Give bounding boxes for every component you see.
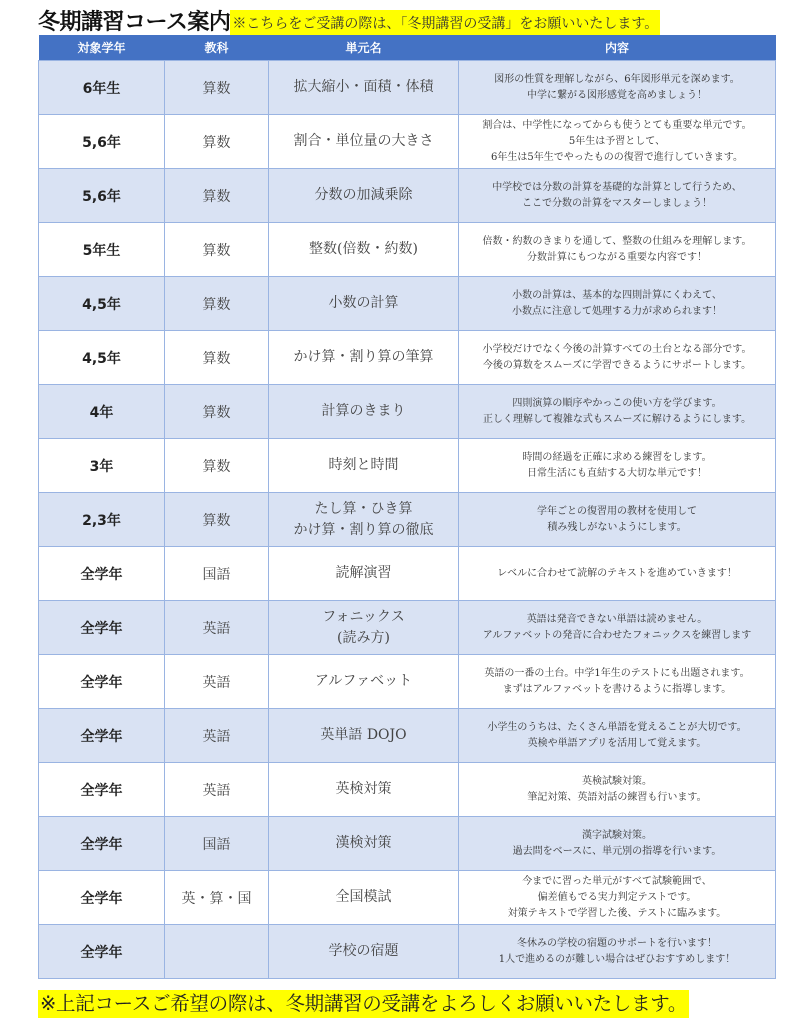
- cell-unit: 割合・単位量の大きさ: [269, 115, 459, 169]
- cell-unit: 時刻と時間: [269, 439, 459, 493]
- cell-subject: 算数: [165, 331, 269, 385]
- cell-subject: 国語: [165, 817, 269, 871]
- table-row: 4年算数計算のきまり四則演算の順序やかっこの使い方を学びます。正しく理解して複雑…: [39, 385, 776, 439]
- content-line: 日常生活にも直結する大切な単元です！: [461, 466, 773, 482]
- cell-content: 小数の計算は、基本的な四則計算にくわえて、小数点に注意して処理する力が求められま…: [459, 277, 776, 331]
- cell-subject: 算数: [165, 223, 269, 277]
- unit-line: 漢検対策: [271, 833, 456, 854]
- unit-line: フォニックス: [271, 607, 456, 628]
- cell-grade: 2,3年: [39, 493, 165, 547]
- content-line: 学年ごとの復習用の教材を使用して: [461, 504, 773, 520]
- table-row: 5,6年算数割合・単位量の大きさ割合は、中学性になってからも使うとても重要な単元…: [39, 115, 776, 169]
- table-row: 全学年英語フォニックス(読み方)英語は発音できない単語は読めません。アルファベッ…: [39, 601, 776, 655]
- unit-line: 整数(倍数・約数): [271, 239, 456, 260]
- cell-grade: 全学年: [39, 817, 165, 871]
- cell-content: 中学校では分数の計算を基礎的な計算として行うため、ここで分数の計算をマスターしま…: [459, 169, 776, 223]
- content-line: 小数の計算は、基本的な四則計算にくわえて、: [461, 288, 773, 304]
- unit-line: (読み方): [271, 628, 456, 649]
- cell-unit: 読解演習: [269, 547, 459, 601]
- cell-subject: 算数: [165, 61, 269, 115]
- content-line: 小学校だけでなく今後の計算すべての土台となる部分です。: [461, 342, 773, 358]
- unit-line: 学校の宿題: [271, 941, 456, 962]
- content-line: ここで分数の計算をマスターしましょう！: [461, 196, 773, 212]
- cell-content: 英検試験対策。筆記対策、英語対話の練習も行います。: [459, 763, 776, 817]
- cell-subject: 国語: [165, 547, 269, 601]
- cell-unit: フォニックス(読み方): [269, 601, 459, 655]
- cell-unit: 拡大縮小・面積・体積: [269, 61, 459, 115]
- cell-subject: 算数: [165, 385, 269, 439]
- cell-grade: 全学年: [39, 709, 165, 763]
- cell-content: 漢字試験対策。過去問をベースに、単元別の指導を行います。: [459, 817, 776, 871]
- cell-grade: 全学年: [39, 655, 165, 709]
- content-line: 小学生のうちは、たくさん単語を覚えることが大切です。: [461, 720, 773, 736]
- content-line: まずはアルファベットを書けるように指導します。: [461, 682, 773, 698]
- cell-unit: 英検対策: [269, 763, 459, 817]
- cell-unit: かけ算・割り算の筆算: [269, 331, 459, 385]
- cell-content: 倍数・約数のきまりを通して、整数の仕組みを理解します。分数計算にもつながる重要な…: [459, 223, 776, 277]
- content-line: 倍数・約数のきまりを通して、整数の仕組みを理解します。: [461, 234, 773, 250]
- cell-subject: 算数: [165, 115, 269, 169]
- table-row: 全学年英語英単語 DOJO小学生のうちは、たくさん単語を覚えることが大切です。英…: [39, 709, 776, 763]
- page-title: 冬期講習コース案内: [38, 8, 230, 36]
- table-row: 全学年英・算・国全国模試今までに習った単元がすべて試験範囲で、偏差値もでる実力判…: [39, 871, 776, 925]
- cell-content: 四則演算の順序やかっこの使い方を学びます。正しく理解して複雑な式もスムーズに解け…: [459, 385, 776, 439]
- content-line: 中学に繋がる図形感覚を高めましょう！: [461, 88, 773, 104]
- content-line: 英検試験対策。: [461, 774, 773, 790]
- cell-subject: [165, 925, 269, 979]
- content-line: 分数計算にもつながる重要な内容です！: [461, 250, 773, 266]
- content-line: 四則演算の順序やかっこの使い方を学びます。: [461, 396, 773, 412]
- cell-subject: 英語: [165, 601, 269, 655]
- content-line: 6年生は5年生でやったものの復習で進行していきます。: [461, 150, 773, 166]
- table-row: 全学年国語読解演習レベルに合わせて読解のテキストを進めていきます！: [39, 547, 776, 601]
- cell-subject: 算数: [165, 493, 269, 547]
- cell-content: 学年ごとの復習用の教材を使用して積み残しがないようにします。: [459, 493, 776, 547]
- cell-subject: 算数: [165, 439, 269, 493]
- unit-line: たし算・ひき算: [271, 499, 456, 520]
- title-note: ※こちらをご受講の際は、「冬期講習の受講」をお願いいたします。: [230, 10, 660, 36]
- content-line: 冬休みの学校の宿題のサポートを行います！: [461, 936, 773, 952]
- content-line: 今までに習った単元がすべて試験範囲で、: [461, 874, 773, 890]
- table-row: 6年生算数拡大縮小・面積・体積図形の性質を理解しながら、6年図形単元を深めます。…: [39, 61, 776, 115]
- table-row: 全学年英語英検対策英検試験対策。筆記対策、英語対話の練習も行います。: [39, 763, 776, 817]
- table-row: 全学年学校の宿題冬休みの学校の宿題のサポートを行います！1人で進めるのが難しい場…: [39, 925, 776, 979]
- cell-subject: 英語: [165, 763, 269, 817]
- cell-grade: 全学年: [39, 601, 165, 655]
- column-header-unit: 単元名: [269, 35, 459, 61]
- cell-content: 英語の一番の土台。中学1年生のテストにも出題されます。まずはアルファベットを書け…: [459, 655, 776, 709]
- content-line: 英検や単語アプリを活用して覚えます。: [461, 736, 773, 752]
- content-line: 対策テキストで学習した後、テストに臨みます。: [461, 906, 773, 922]
- cell-unit: 全国模試: [269, 871, 459, 925]
- cell-subject: 算数: [165, 169, 269, 223]
- content-line: 小数点に注意して処理する力が求められます！: [461, 304, 773, 320]
- cell-content: 小学校だけでなく今後の計算すべての土台となる部分です。今後の算数をスムーズに学習…: [459, 331, 776, 385]
- cell-unit: 学校の宿題: [269, 925, 459, 979]
- cell-content: 小学生のうちは、たくさん単語を覚えることが大切です。英検や単語アプリを活用して覚…: [459, 709, 776, 763]
- cell-unit: 整数(倍数・約数): [269, 223, 459, 277]
- cell-grade: 4年: [39, 385, 165, 439]
- unit-line: 英単語 DOJO: [271, 725, 456, 746]
- content-line: 正しく理解して複雑な式もスムーズに解けるようにします。: [461, 412, 773, 428]
- cell-unit: 計算のきまり: [269, 385, 459, 439]
- course-table: 対象学年 教科 単元名 内容 6年生算数拡大縮小・面積・体積図形の性質を理解しな…: [38, 35, 776, 979]
- footer-note: ※上記コースご希望の際は、冬期講習の受講をよろしくお願いいたします。: [38, 990, 689, 1018]
- cell-subject: 英語: [165, 655, 269, 709]
- unit-line: 読解演習: [271, 563, 456, 584]
- content-line: 漢字試験対策。: [461, 828, 773, 844]
- cell-subject: 英・算・国: [165, 871, 269, 925]
- unit-line: 小数の計算: [271, 293, 456, 314]
- table-row: 4,5年算数小数の計算小数の計算は、基本的な四則計算にくわえて、小数点に注意して…: [39, 277, 776, 331]
- cell-unit: アルファベット: [269, 655, 459, 709]
- cell-grade: 全学年: [39, 547, 165, 601]
- content-line: 過去問をベースに、単元別の指導を行います。: [461, 844, 773, 860]
- cell-grade: 6年生: [39, 61, 165, 115]
- cell-unit: 分数の加減乗除: [269, 169, 459, 223]
- cell-grade: 全学年: [39, 871, 165, 925]
- content-line: レベルに合わせて読解のテキストを進めていきます！: [461, 566, 773, 582]
- column-header-content: 内容: [459, 35, 776, 61]
- table-row: 全学年英語アルファベット英語の一番の土台。中学1年生のテストにも出題されます。ま…: [39, 655, 776, 709]
- table-row: 5年生算数整数(倍数・約数)倍数・約数のきまりを通して、整数の仕組みを理解します…: [39, 223, 776, 277]
- unit-line: 計算のきまり: [271, 401, 456, 422]
- table-row: 3年算数時刻と時間時間の経過を正確に求める練習をします。日常生活にも直結する大切…: [39, 439, 776, 493]
- table-row: 2,3年算数たし算・ひき算かけ算・割り算の徹底学年ごとの復習用の教材を使用して積…: [39, 493, 776, 547]
- content-line: 1人で進めるのが難しい場合はぜひおすすめします！: [461, 952, 773, 968]
- cell-content: 冬休みの学校の宿題のサポートを行います！1人で進めるのが難しい場合はぜひおすすめ…: [459, 925, 776, 979]
- cell-grade: 4,5年: [39, 331, 165, 385]
- column-header-subject: 教科: [165, 35, 269, 61]
- cell-unit: 漢検対策: [269, 817, 459, 871]
- cell-content: 英語は発音できない単語は読めません。アルファベットの発音に合わせたフォニックスを…: [459, 601, 776, 655]
- cell-content: 図形の性質を理解しながら、6年図形単元を深めます。中学に繋がる図形感覚を高めまし…: [459, 61, 776, 115]
- table-row: 全学年国語漢検対策漢字試験対策。過去問をベースに、単元別の指導を行います。: [39, 817, 776, 871]
- cell-grade: 3年: [39, 439, 165, 493]
- content-line: 英語の一番の土台。中学1年生のテストにも出題されます。: [461, 666, 773, 682]
- cell-grade: 4,5年: [39, 277, 165, 331]
- cell-grade: 全学年: [39, 925, 165, 979]
- content-line: 5年生は予習として、: [461, 134, 773, 150]
- unit-line: 分数の加減乗除: [271, 185, 456, 206]
- content-line: 筆記対策、英語対話の練習も行います。: [461, 790, 773, 806]
- unit-line: かけ算・割り算の徹底: [271, 520, 456, 541]
- cell-grade: 5,6年: [39, 169, 165, 223]
- unit-line: 英検対策: [271, 779, 456, 800]
- content-line: 中学校では分数の計算を基礎的な計算として行うため、: [461, 180, 773, 196]
- content-line: 積み残しがないようにします。: [461, 520, 773, 536]
- cell-unit: 小数の計算: [269, 277, 459, 331]
- cell-grade: 全学年: [39, 763, 165, 817]
- content-line: 偏差値もでる実力判定テストです。: [461, 890, 773, 906]
- table-header-row: 対象学年 教科 単元名 内容: [39, 35, 776, 61]
- cell-subject: 算数: [165, 277, 269, 331]
- unit-line: アルファベット: [271, 671, 456, 692]
- content-line: 時間の経過を正確に求める練習をします。: [461, 450, 773, 466]
- content-line: 英語は発音できない単語は読めません。: [461, 612, 773, 628]
- cell-subject: 英語: [165, 709, 269, 763]
- cell-unit: 英単語 DOJO: [269, 709, 459, 763]
- title-row: 冬期講習コース案内 ※こちらをご受講の際は、「冬期講習の受講」をお願いいたします…: [38, 6, 660, 36]
- cell-unit: たし算・ひき算かけ算・割り算の徹底: [269, 493, 459, 547]
- content-line: アルファベットの発音に合わせたフォニックスを練習します: [461, 628, 773, 644]
- cell-content: 時間の経過を正確に求める練習をします。日常生活にも直結する大切な単元です！: [459, 439, 776, 493]
- unit-line: かけ算・割り算の筆算: [271, 347, 456, 368]
- content-line: 今後の算数をスムーズに学習できるようにサポートします。: [461, 358, 773, 374]
- content-line: 割合は、中学性になってからも使うとても重要な単元です。: [461, 118, 773, 134]
- cell-grade: 5年生: [39, 223, 165, 277]
- cell-content: 割合は、中学性になってからも使うとても重要な単元です。5年生は予習として、6年生…: [459, 115, 776, 169]
- table-row: 5,6年算数分数の加減乗除中学校では分数の計算を基礎的な計算として行うため、ここ…: [39, 169, 776, 223]
- content-line: 図形の性質を理解しながら、6年図形単元を深めます。: [461, 72, 773, 88]
- cell-content: 今までに習った単元がすべて試験範囲で、偏差値もでる実力判定テストです。対策テキス…: [459, 871, 776, 925]
- cell-content: レベルに合わせて読解のテキストを進めていきます！: [459, 547, 776, 601]
- table-row: 4,5年算数かけ算・割り算の筆算小学校だけでなく今後の計算すべての土台となる部分…: [39, 331, 776, 385]
- unit-line: 全国模試: [271, 887, 456, 908]
- unit-line: 時刻と時間: [271, 455, 456, 476]
- column-header-grade: 対象学年: [39, 35, 165, 61]
- cell-grade: 5,6年: [39, 115, 165, 169]
- table-body: 6年生算数拡大縮小・面積・体積図形の性質を理解しながら、6年図形単元を深めます。…: [39, 61, 776, 979]
- unit-line: 拡大縮小・面積・体積: [271, 77, 456, 98]
- unit-line: 割合・単位量の大きさ: [271, 131, 456, 152]
